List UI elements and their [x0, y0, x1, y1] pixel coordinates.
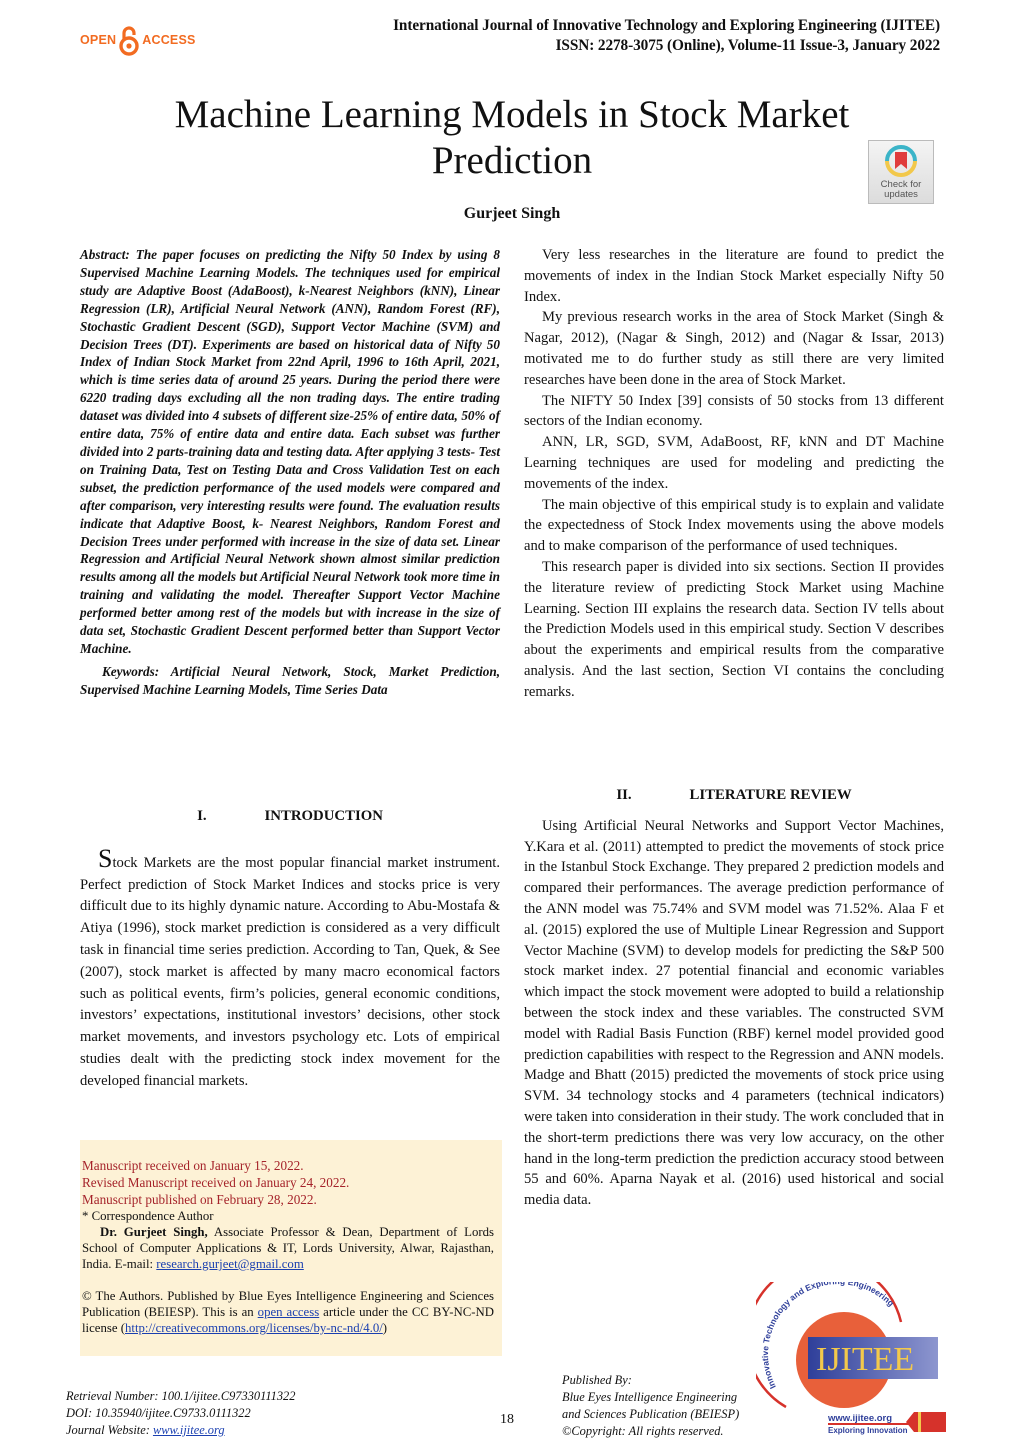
introduction-section: I.INTRODUCTION Stock Markets are the mos… [80, 806, 500, 1093]
footer-publisher: Published By: Blue Eyes Intelligence Eng… [562, 1372, 739, 1440]
journal-issn: ISSN: 2278-3075 (Online), Volume-11 Issu… [393, 36, 940, 56]
doi: DOI: 10.35940/ijitee.C9733.0111322 [66, 1405, 295, 1422]
check-for-updates-badge[interactable]: Check for updates [868, 140, 934, 204]
manuscript-notes: Manuscript received on January 15, 2022.… [80, 1140, 502, 1356]
journal-name: International Journal of Innovative Tech… [393, 16, 940, 36]
journal-website: Journal Website: www.ijitee.org [66, 1422, 295, 1439]
ijitee-wordmark: IJITEE [816, 1341, 914, 1378]
intro-text: tock Markets are the most popular financ… [80, 855, 500, 1089]
correspondence-label: * Correspondence Author [82, 1208, 494, 1224]
literature-review-section: II.LITERATURE REVIEW Using Artificial Ne… [524, 785, 944, 1211]
abstract: Abstract: The paper focuses on predictin… [80, 246, 500, 658]
footer-left: Retrieval Number: 100.1/ijitee.C97330111… [66, 1388, 295, 1439]
journal-header: International Journal of Innovative Tech… [393, 16, 940, 56]
ijitee-tagline: Exploring Innovation [828, 1426, 908, 1435]
paragraph: ANN, LR, SGD, SVM, AdaBoost, RF, kNN and… [524, 432, 944, 494]
intro-paragraph: Stock Markets are the most popular finan… [80, 849, 500, 1093]
right-column: Very less researches in the literature a… [524, 245, 944, 703]
section-title: INTRODUCTION [265, 808, 383, 824]
section-number: II. [616, 785, 631, 806]
journal-website-link[interactable]: www.ijitee.org [153, 1423, 225, 1437]
section-heading-literature-review: II.LITERATURE REVIEW [524, 785, 944, 806]
paragraph: My previous research works in the area o… [524, 307, 944, 390]
paragraph: Very less researches in the literature a… [524, 245, 944, 307]
email-link[interactable]: research.gurjeet@gmail.com [156, 1257, 304, 1271]
copyright-text-3: ) [383, 1321, 387, 1335]
publisher-line2: and Sciences Publication (BEIESP) [562, 1406, 739, 1423]
author-affiliation: Dr. Gurjeet Singh, Associate Professor &… [82, 1224, 494, 1272]
paragraph: This research paper is divided into six … [524, 557, 944, 703]
website-label: Journal Website: [66, 1423, 153, 1437]
open-lock-icon [118, 25, 140, 55]
section-heading-introduction: I.INTRODUCTION [80, 806, 500, 827]
open-access-left: OPEN [80, 33, 116, 47]
open-access-link[interactable]: open access [258, 1305, 320, 1319]
open-access-right: ACCESS [142, 33, 195, 47]
ijitee-url: www.ijitee.org [827, 1413, 892, 1424]
section-title: LITERATURE REVIEW [690, 787, 852, 803]
license-link[interactable]: http://creativecommons.org/licenses/by-n… [125, 1321, 383, 1335]
author-bold-name: Dr. Gurjeet Singh, [100, 1225, 208, 1239]
retrieval-number: Retrieval Number: 100.1/ijitee.C97330111… [66, 1388, 295, 1405]
left-column: Abstract: The paper focuses on predictin… [80, 246, 500, 699]
title-line-2: Prediction [100, 138, 924, 184]
paragraph: The main objective of this empirical stu… [524, 495, 944, 557]
page-number: 18 [500, 1412, 514, 1428]
open-access-logo: OPEN ACCESS [80, 22, 192, 58]
published-by-label: Published By: [562, 1372, 739, 1389]
title-line-1: Machine Learning Models in Stock Market [100, 92, 924, 138]
footer-copyright: ©Copyright: All rights reserved. [562, 1423, 739, 1440]
section-number: I. [197, 806, 206, 827]
author-name: Gurjeet Singh [0, 205, 1024, 223]
check-for-updates-line2: updates [881, 190, 922, 200]
keywords: Keywords: Artificial Neural Network, Sto… [80, 663, 500, 699]
received-date: Manuscript received on January 15, 2022. [82, 1157, 494, 1174]
ijitee-logo: IJITEE Innovative Technology and Explori… [756, 1282, 956, 1440]
revised-date: Revised Manuscript received on January 2… [82, 1174, 494, 1191]
drop-cap: S [98, 844, 112, 873]
published-date: Manuscript published on February 28, 202… [82, 1191, 494, 1208]
bookmark-icon [884, 144, 918, 178]
paragraph: The NIFTY 50 Index [39] consists of 50 s… [524, 391, 944, 433]
publisher-line1: Blue Eyes Intelligence Engineering [562, 1389, 739, 1406]
literature-paragraph: Using Artificial Neural Networks and Sup… [524, 816, 944, 1211]
paper-title: Machine Learning Models in Stock Market … [100, 92, 924, 184]
copyright-notice: © The Authors. Published by Blue Eyes In… [82, 1288, 494, 1336]
